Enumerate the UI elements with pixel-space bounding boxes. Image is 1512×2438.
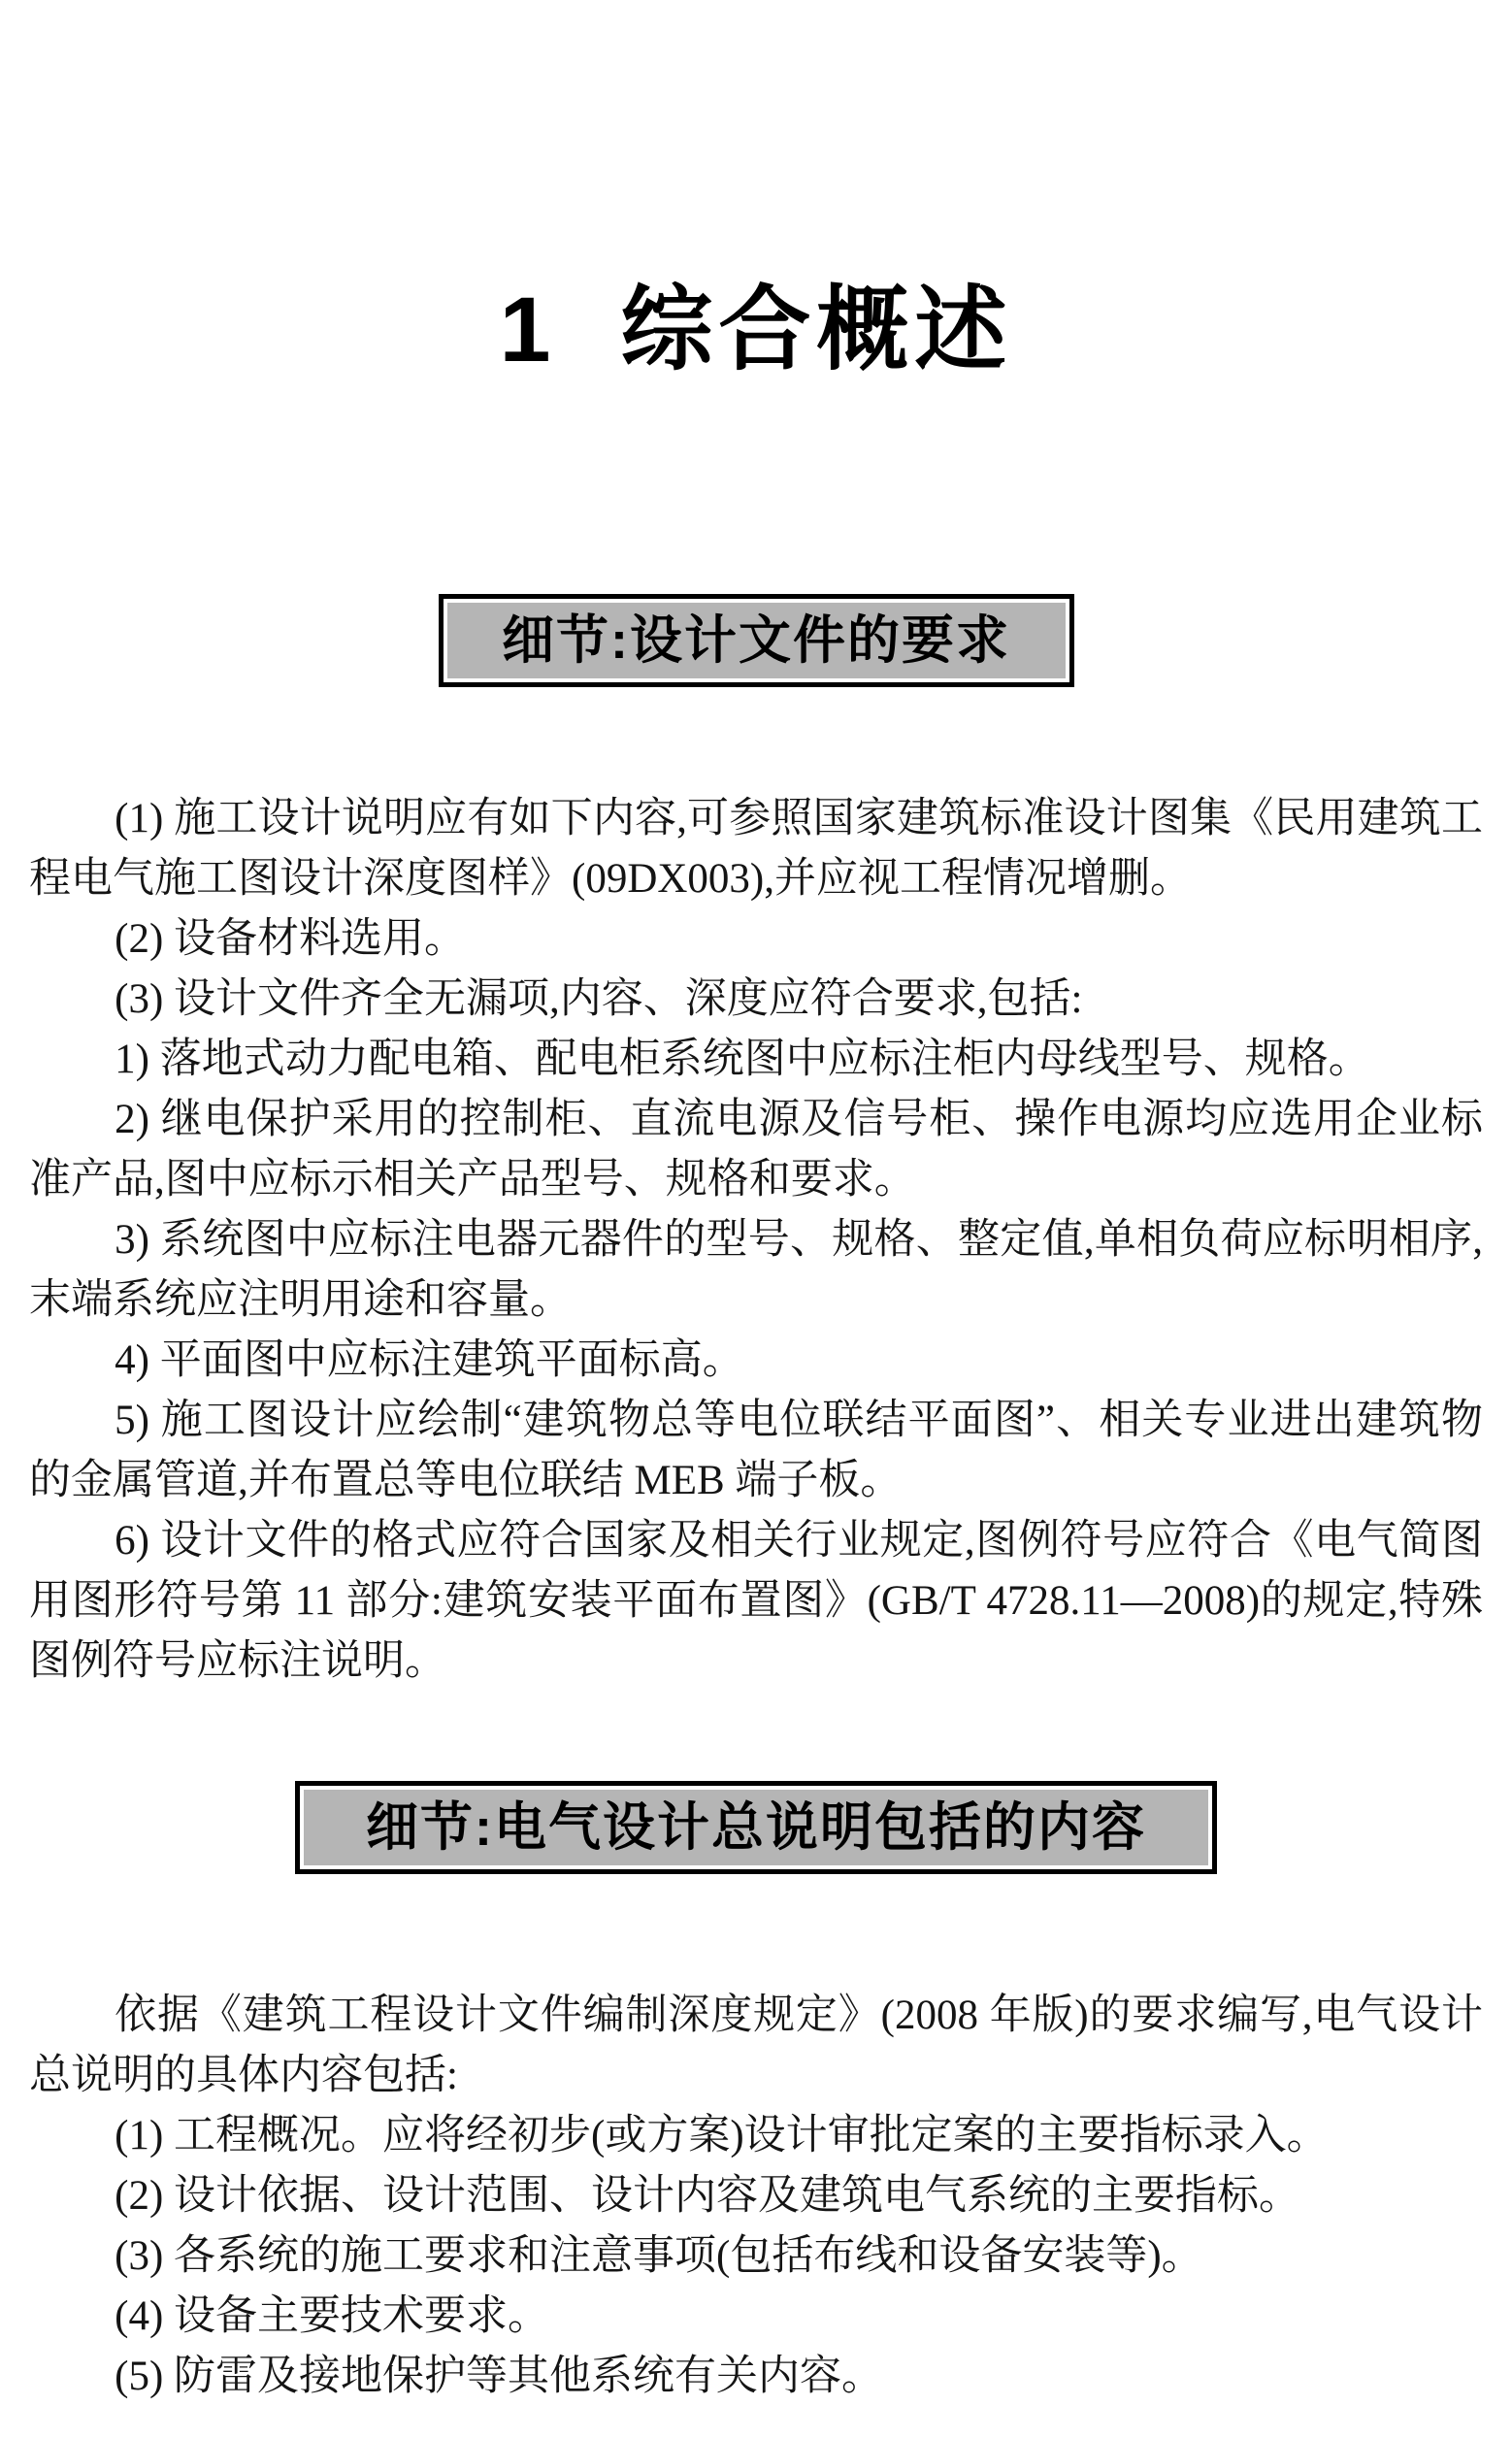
paragraph-1-8: 5) 施工图设计应绘制“建筑物总等电位联结平面图”、相关专业进出建筑物的金属管道…: [29, 1391, 1483, 1511]
book-page: 1综合概述 细节:设计文件的要求 (1) 施工设计说明应有如下内容,可参照国家建…: [0, 0, 1512, 2438]
section-body-general-description-contents: 依据《建筑工程设计文件编制深度规定》(2008 年版)的要求编写,电气设计总说明…: [29, 1986, 1483, 2407]
section-heading-text: 细节:设计文件的要求: [447, 603, 1066, 678]
paragraph-2-4: (3) 各系统的施工要求和注意事项(包括布线和设备安装等)。: [29, 2226, 1483, 2287]
paragraph-2-1: 依据《建筑工程设计文件编制深度规定》(2008 年版)的要求编写,电气设计总说明…: [29, 1986, 1483, 2106]
paragraph-1-2: (2) 设备材料选用。: [29, 909, 1483, 970]
paragraph-1-9: 6) 设计文件的格式应符合国家及相关行业规定,图例符号应符合《电气简图用图形符号…: [29, 1511, 1483, 1692]
chapter-title: 1综合概述: [29, 277, 1483, 383]
paragraph-1-6: 3) 系统图中应标注电器元器件的型号、规格、整定值,单相负荷应标明相序,末端系统…: [29, 1210, 1483, 1331]
paragraph-1-3: (3) 设计文件齐全无漏项,内容、深度应符合要求,包括:: [29, 970, 1483, 1030]
section-heading-box-general-description-contents: 细节:电气设计总说明包括的内容: [295, 1781, 1217, 1874]
paragraph-1-1: (1) 施工设计说明应有如下内容,可参照国家建筑标准设计图集《民用建筑工程电气施…: [29, 789, 1483, 909]
paragraph-2-3: (2) 设计依据、设计范围、设计内容及建筑电气系统的主要指标。: [29, 2166, 1483, 2226]
paragraph-1-7: 4) 平面图中应标注建筑平面标高。: [29, 1331, 1483, 1391]
section-body-design-file-requirements: (1) 施工设计说明应有如下内容,可参照国家建筑标准设计图集《民用建筑工程电气施…: [29, 789, 1483, 1692]
paragraph-1-5: 2) 继电保护采用的控制柜、直流电源及信号柜、操作电源均应选用企业标准产品,图中…: [29, 1090, 1483, 1210]
paragraph-1-4: 1) 落地式动力配电箱、配电柜系统图中应标注柜内母线型号、规格。: [29, 1030, 1483, 1090]
chapter-number: 1: [500, 279, 551, 381]
chapter-title-text: 综合概述: [620, 279, 1012, 381]
section-heading-box-design-file-requirements: 细节:设计文件的要求: [439, 594, 1074, 687]
section-heading-text: 细节:电气设计总说明包括的内容: [304, 1790, 1208, 1865]
paragraph-2-2: (1) 工程概况。应将经初步(或方案)设计审批定案的主要指标录入。: [29, 2106, 1483, 2166]
paragraph-2-6: (5) 防雷及接地保护等其他系统有关内容。: [29, 2347, 1483, 2407]
paragraph-2-5: (4) 设备主要技术要求。: [29, 2287, 1483, 2347]
